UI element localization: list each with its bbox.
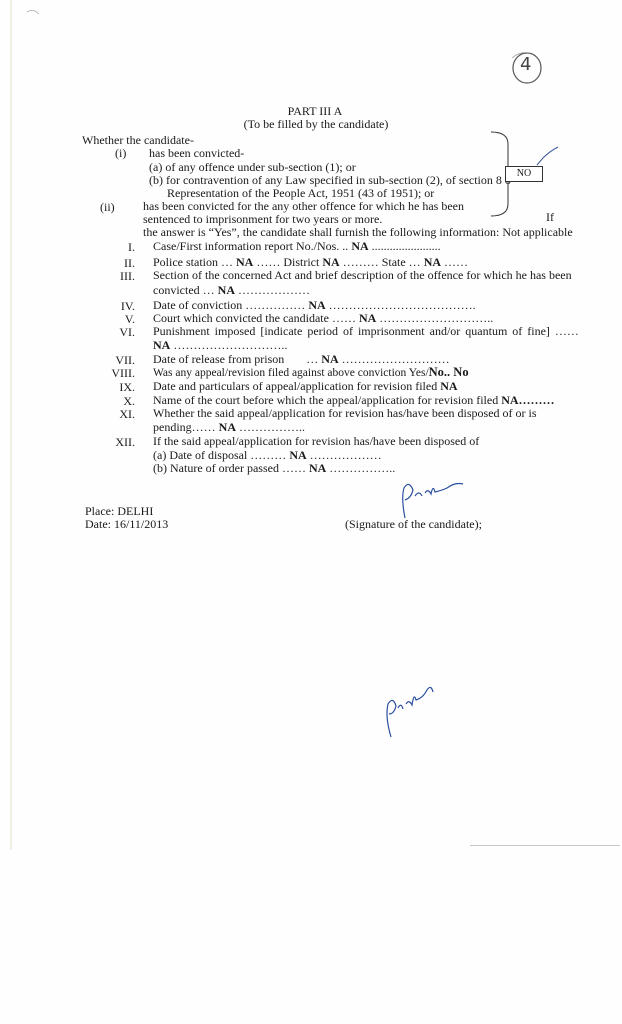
item-appeal-filed: Was any appeal/revision filed against ab… xyxy=(153,366,469,380)
item-section-act: Section of the concerned Act and brief d… xyxy=(153,269,572,282)
scan-artifact-line xyxy=(470,845,620,846)
item-punishment: Punishment imposed [indicate period of i… xyxy=(153,325,579,338)
signature-mark xyxy=(395,478,470,523)
item-appeal-status: Whether the said appeal/application for … xyxy=(153,407,537,420)
scanned-page: 4 PART III A (To be filled by the candid… xyxy=(0,0,622,1024)
scan-mark xyxy=(25,8,45,22)
clause-i-text: has been convicted- xyxy=(149,147,244,160)
clause-ii-label: (ii) xyxy=(100,201,115,214)
item-disposal-order: (b) Nature of order passed …… NA …………….. xyxy=(153,462,395,475)
part-subtitle: (To be filled by the candidate) xyxy=(0,118,622,131)
item-number: VIII. xyxy=(95,366,135,381)
item-number: I. xyxy=(95,240,135,255)
item-number: XII. xyxy=(95,435,135,450)
item-case-fir: Case/First information report No./Nos. .… xyxy=(153,240,441,253)
item-release-date: Date of release from prison… NA ……………………… xyxy=(153,353,450,366)
if-word: If xyxy=(546,211,554,224)
item-number: IX. xyxy=(95,380,135,395)
item-number: III. xyxy=(95,269,135,284)
page-number: 4 xyxy=(520,58,531,71)
item-number: VI. xyxy=(95,325,135,340)
yes-instruction: the answer is “Yes”, the candidate shall… xyxy=(143,226,573,239)
initials-mark xyxy=(383,682,443,742)
answer-no-box: NO xyxy=(505,166,543,182)
item-number: XI. xyxy=(95,407,135,422)
date-label: Date: 16/11/2013 xyxy=(85,518,168,531)
item-section-act-cont: convicted … NA ……………… xyxy=(153,284,310,297)
tick-mark-icon xyxy=(535,145,560,167)
item-punishment-cont: NA ……………………….. xyxy=(153,339,287,352)
item-disposal: If the said appeal/application for revis… xyxy=(153,435,479,448)
clause-i-label: (i) xyxy=(115,147,126,160)
item-appeal-status-cont: pending…… NA …………….. xyxy=(153,421,305,434)
item-appeal-particulars: Date and particulars of appeal/applicati… xyxy=(153,380,458,393)
